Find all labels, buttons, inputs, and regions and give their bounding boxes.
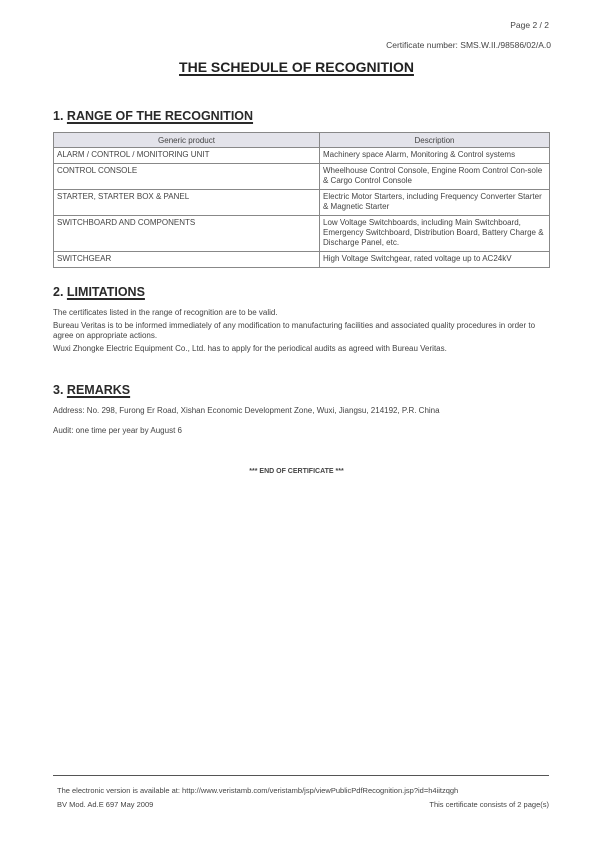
- section-2-number: 2.: [53, 285, 63, 299]
- description-cell: High Voltage Switchgear, rated voltage u…: [320, 252, 550, 268]
- description-cell: Machinery space Alarm, Monitoring & Cont…: [320, 148, 550, 164]
- table-row: SWITCHGEAR High Voltage Switchgear, rate…: [54, 252, 550, 268]
- column-header-description: Description: [320, 133, 550, 148]
- section-3-title: REMARKS: [67, 383, 130, 397]
- table-row: SWITCHBOARD AND COMPONENTS Low Voltage S…: [54, 216, 550, 252]
- limitation-paragraph: Bureau Veritas is to be informed immedia…: [53, 321, 553, 341]
- page-count: This certificate consists of 2 page(s): [429, 800, 549, 809]
- remark-address: Address: No. 298, Furong Er Road, Xishan…: [53, 406, 553, 416]
- footer-divider: [53, 775, 549, 776]
- section-1-title: RANGE OF THE RECOGNITION: [67, 109, 253, 123]
- form-reference: BV Mod. Ad.E 697 May 2009: [57, 800, 153, 809]
- product-cell: STARTER, STARTER BOX & PANEL: [54, 190, 320, 216]
- remark-audit: Audit: one time per year by August 6: [53, 426, 553, 436]
- description-cell: Low Voltage Switchboards, including Main…: [320, 216, 550, 252]
- limitation-paragraph: The certificates listed in the range of …: [53, 308, 553, 318]
- product-cell: CONTROL CONSOLE: [54, 164, 320, 190]
- product-cell: SWITCHBOARD AND COMPONENTS: [54, 216, 320, 252]
- section-2-heading: 2. LIMITATIONS: [53, 285, 145, 299]
- recognition-table: Generic product Description ALARM / CONT…: [53, 132, 550, 268]
- table-row: CONTROL CONSOLE Wheelhouse Control Conso…: [54, 164, 550, 190]
- table-row: ALARM / CONTROL / MONITORING UNIT Machin…: [54, 148, 550, 164]
- section-3-heading: 3. REMARKS: [53, 383, 130, 397]
- section-1-number: 1.: [53, 109, 63, 123]
- limitation-paragraph: Wuxi Zhongke Electric Equipment Co., Ltd…: [53, 344, 553, 354]
- page-number: Page 2 / 2: [510, 20, 549, 30]
- product-cell: SWITCHGEAR: [54, 252, 320, 268]
- end-of-certificate: *** END OF CERTIFICATE ***: [0, 468, 593, 475]
- description-cell: Electric Motor Starters, including Frequ…: [320, 190, 550, 216]
- document-title: THE SCHEDULE OF RECOGNITION: [0, 59, 593, 75]
- product-cell: ALARM / CONTROL / MONITORING UNIT: [54, 148, 320, 164]
- section-2-title: LIMITATIONS: [67, 285, 145, 299]
- document-title-text: THE SCHEDULE OF RECOGNITION: [179, 59, 414, 75]
- column-header-generic-product: Generic product: [54, 133, 320, 148]
- electronic-version-link[interactable]: The electronic version is available at: …: [57, 786, 458, 795]
- description-cell: Wheelhouse Control Console, Engine Room …: [320, 164, 550, 190]
- table-header-row: Generic product Description: [54, 133, 550, 148]
- section-3-number: 3.: [53, 383, 63, 397]
- certificate-number: Certificate number: SMS.W.II./98586/02/A…: [386, 40, 551, 50]
- section-1-heading: 1. RANGE OF THE RECOGNITION: [53, 109, 253, 123]
- table-row: STARTER, STARTER BOX & PANEL Electric Mo…: [54, 190, 550, 216]
